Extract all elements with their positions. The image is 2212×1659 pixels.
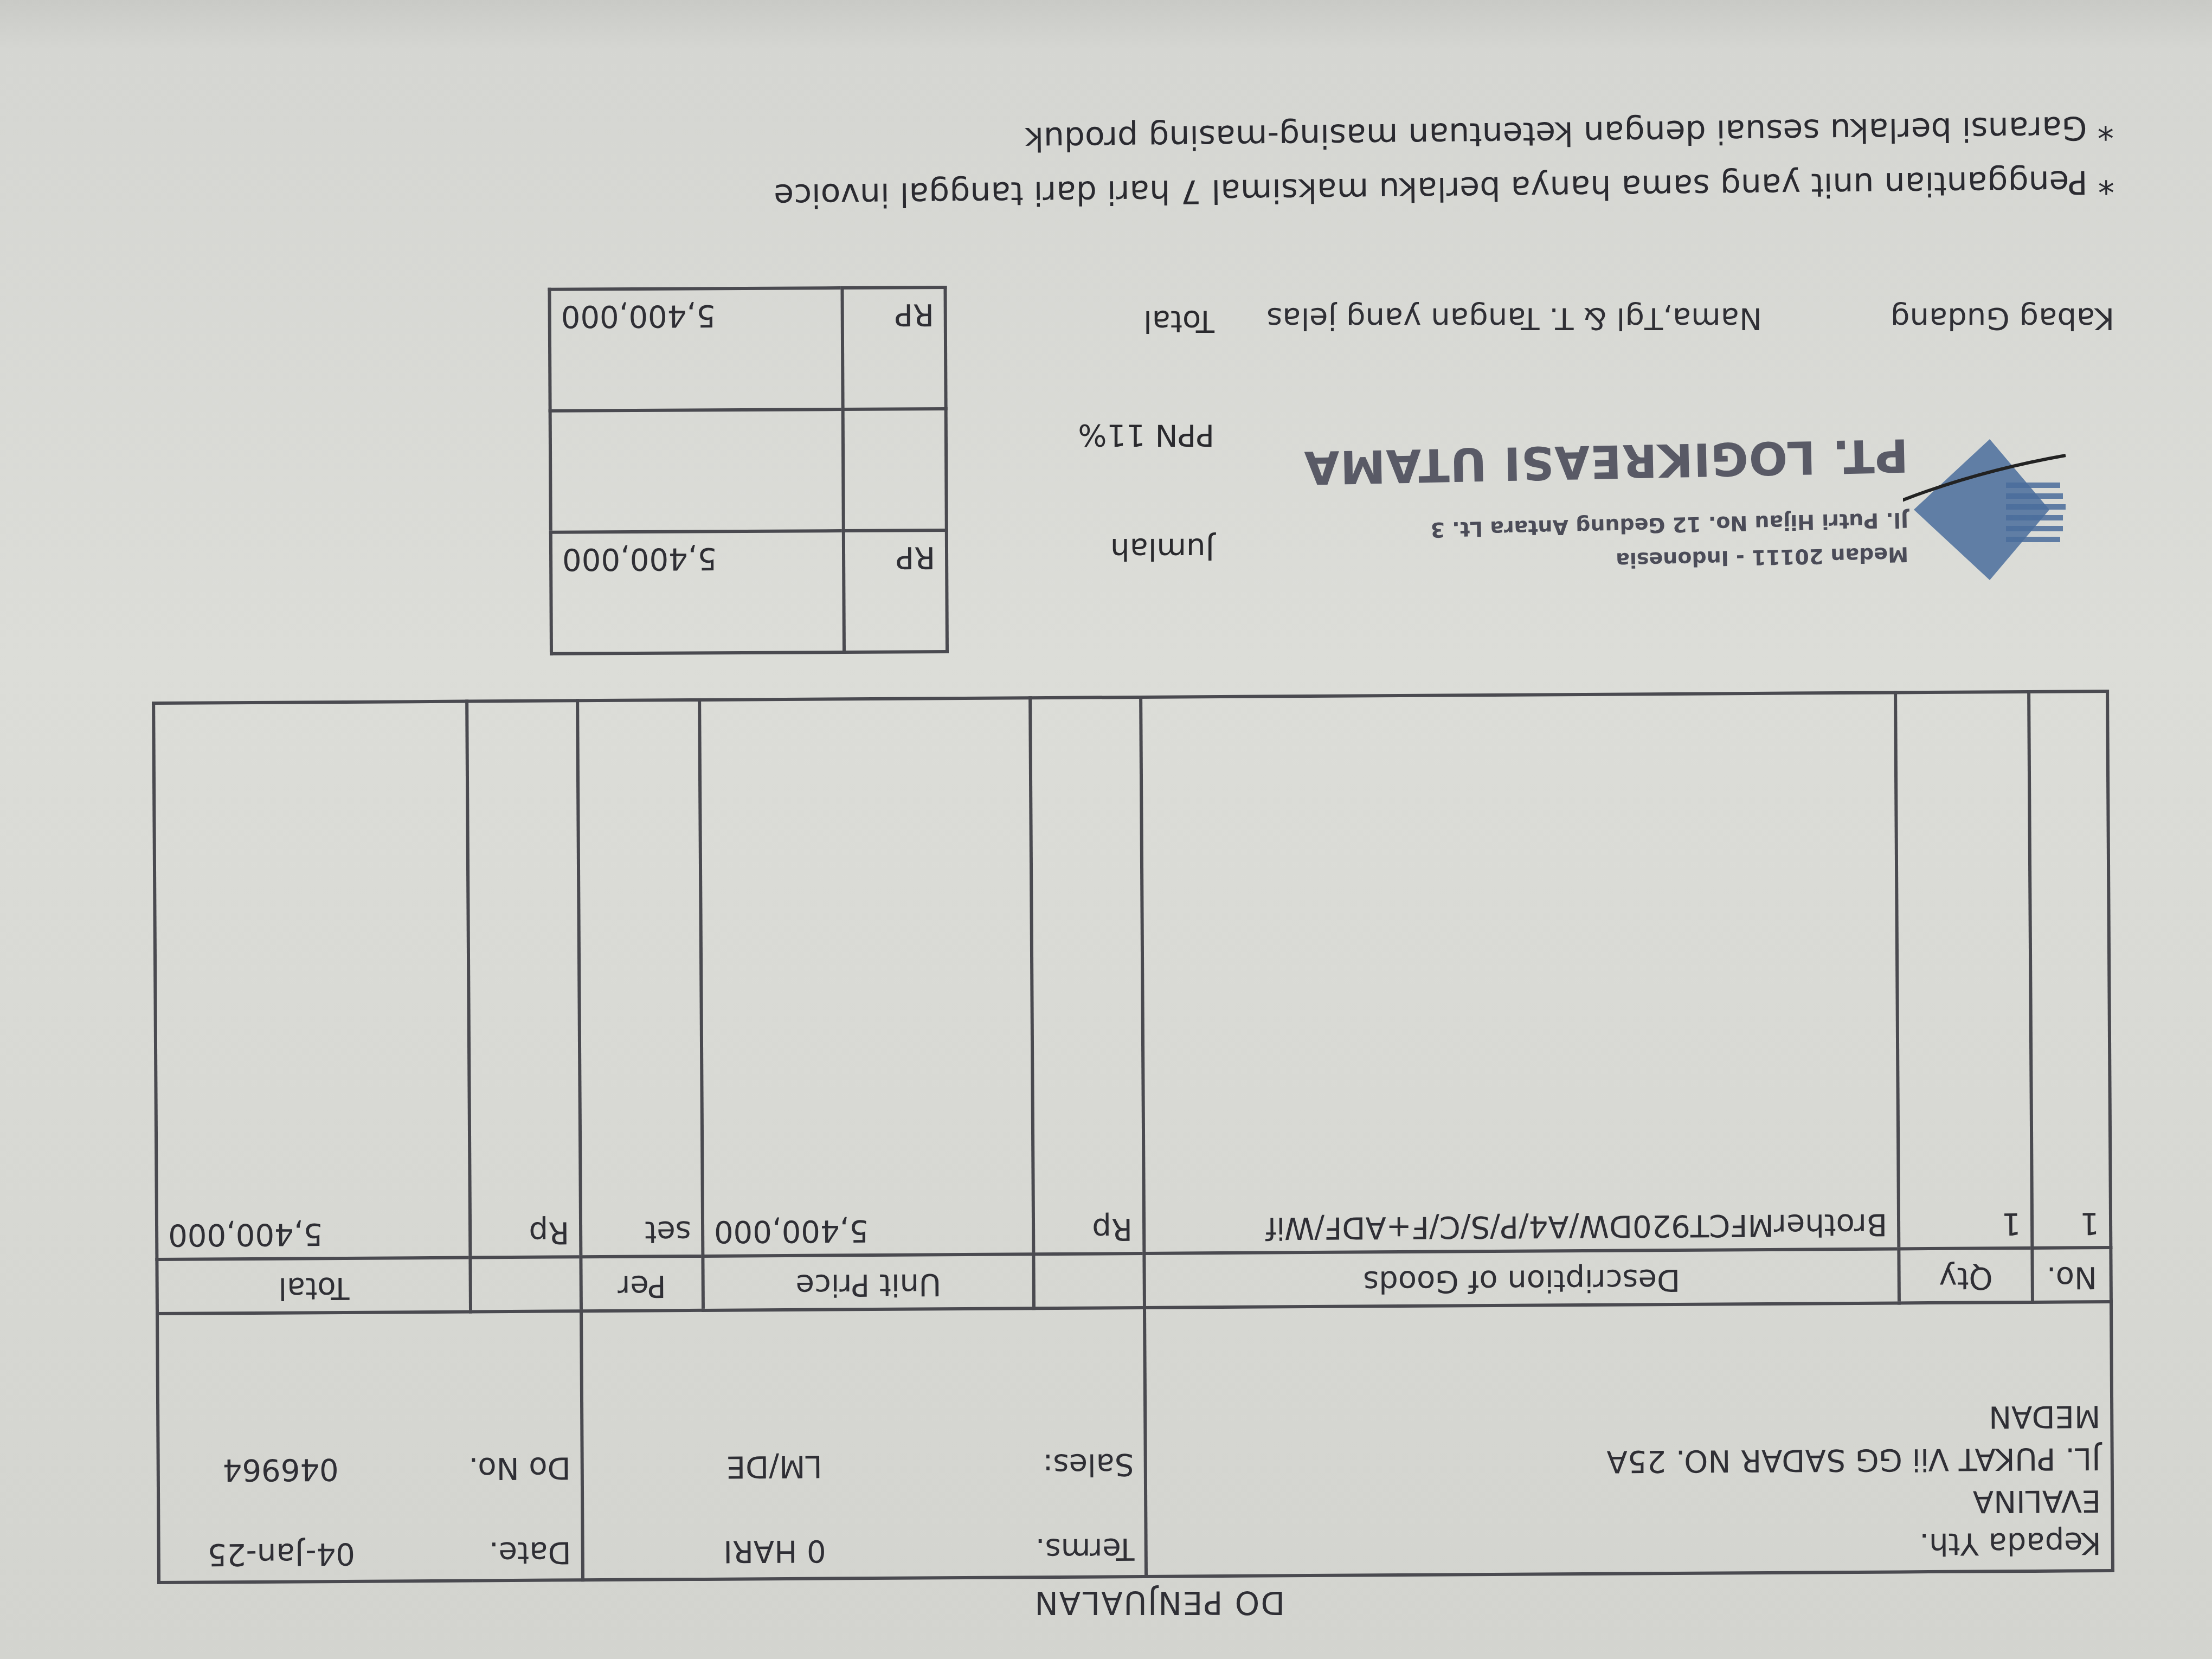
- item-total: 5,400,000: [153, 702, 471, 1260]
- item-unit-price-currency: Rp: [1030, 697, 1144, 1254]
- sales-label: Sales:: [955, 1443, 1134, 1486]
- item-total-currency: Rp: [467, 700, 581, 1257]
- document-title: DO PENJUALAN: [1033, 1584, 1285, 1621]
- stamp-city: Medan 20111 - Indonesia: [1616, 542, 1909, 572]
- recipient-address: JL. PUKAT Vii GG SADAR NO. 25A: [1156, 1437, 2101, 1485]
- do-number-label: Do No.: [391, 1446, 570, 1489]
- tax-currency: [843, 409, 947, 531]
- grand-total-value: 5,400,000: [549, 288, 843, 411]
- terms-label: Terms.: [955, 1527, 1134, 1571]
- tax-value: [550, 409, 844, 532]
- item-qty: 1: [1895, 692, 2033, 1249]
- total-label: Total: [965, 304, 1214, 417]
- recipient-name: EVALINA: [1157, 1479, 2101, 1527]
- item-unit-price: 5,400,000: [699, 698, 1034, 1256]
- column-header-per: Per: [581, 1256, 703, 1311]
- grand-total-currency: RP: [842, 287, 946, 409]
- column-header-description: Description of Goods: [1144, 1249, 1899, 1308]
- delivery-order-paper: DO PENJUALAN Kepada Yth. EVALINA JL. PUK…: [0, 0, 2212, 1659]
- notes: * Penggantian unit yang sama hanya berla…: [773, 92, 2114, 215]
- column-header-qty: Qty: [1899, 1248, 2033, 1303]
- sales-value: LM/DE: [593, 1444, 955, 1488]
- terms-sales-block: Terms. 0 HARI Sales: LM/DE: [581, 1308, 1146, 1580]
- receiver-signature-label: Nama,Tgl & T. Tangan yang jelas: [1266, 301, 1762, 336]
- date-label: Date.: [392, 1531, 571, 1574]
- subtotal-label: Jumlah: [965, 531, 1214, 645]
- date-do-block: Date. 04-Jan-25 Do No. 046964: [157, 1311, 583, 1583]
- do-number-value: 046964: [170, 1447, 392, 1491]
- totals-labels: Jumlah PPN 11% Total: [965, 304, 1214, 645]
- company-stamp: Medan 20111 - Indonesia Jl. Putri Hijau …: [1366, 407, 2071, 602]
- warehouse-signature-label: Kabag Gudang: [1891, 301, 2114, 336]
- item-per: set: [577, 700, 703, 1257]
- tax-label: PPN 11%: [965, 417, 1214, 531]
- item-no: 1: [2029, 691, 2111, 1248]
- stamp-company-name: PT. LOGIKREASI UTAMA: [1303, 428, 1909, 494]
- table-row: 1 1 BrotherMFCT920DW/A4/P/S/C/F+ADF/Wif …: [153, 691, 2111, 1259]
- order-table: Kepada Yth. EVALINA JL. PUKAT Vii GG SAD…: [152, 690, 2114, 1584]
- grand-total-row: RP 5,400,000: [549, 287, 946, 411]
- recipient-block: Kepada Yth. EVALINA JL. PUKAT Vii GG SAD…: [1144, 1302, 2113, 1577]
- tax-row: [550, 409, 947, 532]
- date-value: 04-Jan-25: [170, 1532, 392, 1576]
- header-row: Kepada Yth. EVALINA JL. PUKAT Vii GG SAD…: [157, 1302, 2113, 1583]
- column-header-total-currency: [471, 1257, 581, 1311]
- stamp-address: Jl. Putri Hijau No. 12 Gedung Antara Lt.…: [1430, 508, 1908, 542]
- company-logo-icon: [1903, 428, 2071, 591]
- totals-table: RP 5,400,000 RP 5,400,000: [548, 286, 949, 655]
- subtotal-currency: RP: [844, 530, 947, 652]
- recipient-city: MEDAN: [1156, 1394, 2101, 1443]
- subtotal-value: 5,400,000: [551, 531, 844, 654]
- column-header-unit-price: Unit Price: [703, 1254, 1034, 1310]
- recipient-label: Kepada Yth.: [1157, 1521, 2101, 1570]
- column-header-unit-price-currency: [1034, 1253, 1144, 1308]
- column-header-total: Total: [157, 1258, 471, 1314]
- note-warranty: * Garansi berlaku sesuai dengan ketentua…: [773, 108, 2114, 160]
- subtotal-row: RP 5,400,000: [551, 530, 947, 654]
- note-replacement: * Penggantian unit yang sama hanya berla…: [774, 163, 2114, 215]
- column-header-no: No.: [2033, 1248, 2111, 1302]
- terms-value: 0 HARI: [594, 1528, 955, 1573]
- item-description: BrotherMFCT920DW/A4/P/S/C/F+ADF/Wif: [1141, 692, 1899, 1253]
